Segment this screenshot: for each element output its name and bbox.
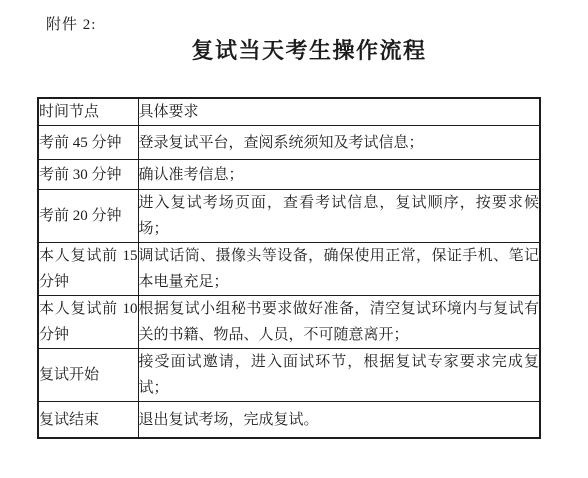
table-row: 复试开始 接受面试邀请，进入面试环节，根据复试专家要求完成复试； (38, 349, 540, 402)
column-header-requirement: 具体要求 (138, 98, 540, 126)
requirement-cell: 根据复试小组秘书要求做好准备，清空复试环境内与复试有关的书籍、物品、人员，不可随… (138, 296, 540, 349)
requirement-cell: 登录复试平台，查阅系统须知及考试信息； (138, 126, 540, 160)
table-header-row: 时间节点 具体要求 (38, 98, 540, 126)
requirement-cell: 退出复试考场，完成复试。 (138, 402, 540, 439)
procedure-table: 时间节点 具体要求 考前 45 分钟 登录复试平台，查阅系统须知及考试信息； 考… (37, 97, 541, 439)
title-container: 复试当天考生操作流程 (30, 34, 588, 65)
column-header-time: 时间节点 (38, 98, 138, 126)
time-cell: 考前 30 分钟 (38, 160, 138, 190)
time-cell: 复试开始 (38, 349, 138, 402)
table-row: 本人复试前 10 分钟 根据复试小组秘书要求做好准备，清空复试环境内与复试有关的… (38, 296, 540, 349)
table-row: 复试结束 退出复试考场，完成复试。 (38, 402, 540, 439)
time-cell: 复试结束 (38, 402, 138, 439)
requirement-cell: 确认准考信息； (138, 160, 540, 190)
requirement-cell: 调试话筒、摄像头等设备，确保使用正常，保证手机、笔记本电量充足； (138, 243, 540, 296)
time-cell: 考前 45 分钟 (38, 126, 138, 160)
table-row: 本人复试前 15 分钟 调试话筒、摄像头等设备，确保使用正常，保证手机、笔记本电… (38, 243, 540, 296)
page-title: 复试当天考生操作流程 (191, 38, 426, 63)
attachment-label: 附件 2: (46, 13, 96, 34)
time-cell: 本人复试前 15 分钟 (38, 243, 138, 296)
table-row: 考前 20 分钟 进入复试考场页面，查看考试信息，复试顺序，按要求候场； (38, 190, 540, 243)
table-row: 考前 45 分钟 登录复试平台，查阅系统须知及考试信息； (38, 126, 540, 160)
requirement-cell: 进入复试考场页面，查看考试信息，复试顺序，按要求候场； (138, 190, 540, 243)
requirement-cell: 接受面试邀请，进入面试环节，根据复试专家要求完成复试； (138, 349, 540, 402)
table-row: 考前 30 分钟 确认准考信息； (38, 160, 540, 190)
time-cell: 本人复试前 10 分钟 (38, 296, 138, 349)
document-page: 附件 2: 复试当天考生操作流程 时间节点 具体要求 考前 45 分钟 登录复试… (0, 0, 588, 478)
time-cell: 考前 20 分钟 (38, 190, 138, 243)
